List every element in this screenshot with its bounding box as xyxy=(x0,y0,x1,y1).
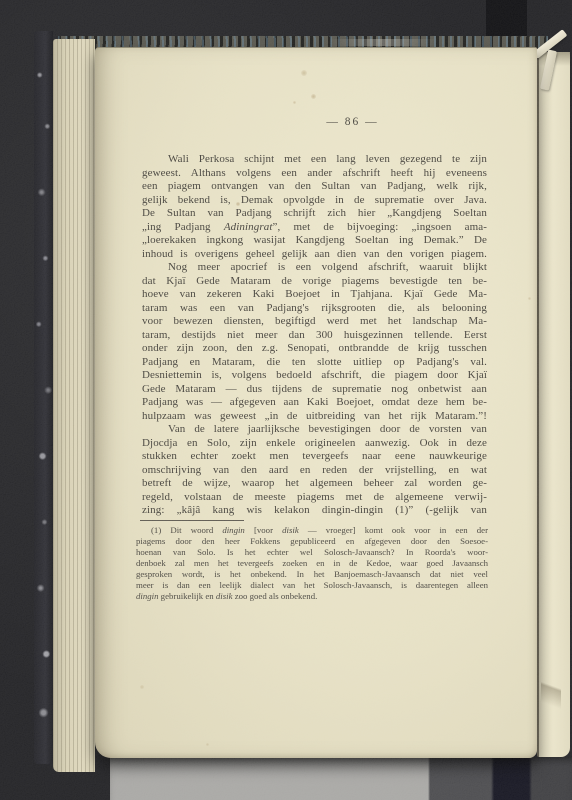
text-line: stukken echter zoekt men tevergeefs naar… xyxy=(142,450,487,464)
text-line: geweest. Althans volgens een ander afsch… xyxy=(142,167,487,181)
text-line: taram was een van Padjang's rijksgrooten… xyxy=(142,302,487,316)
text-line: onder zijn zoon, den z.g. Senopati, ontb… xyxy=(142,342,487,356)
footnote-line: meer is dan een leelijk dialect van het … xyxy=(136,580,488,591)
body-text: Wali Perkosa schijnt met een lang leven … xyxy=(142,153,487,518)
text-line: hoeve van zekeren Kaki Boejoet in Tjahja… xyxy=(142,288,487,302)
text-line: Nog meer apocrief is een volgend afschri… xyxy=(142,261,487,275)
page-number: — 86 — xyxy=(142,116,525,128)
text-line: gelijk bekend is, Demak opvolgde in de s… xyxy=(142,194,487,208)
text-line: Djocdja en Solo, zijn enkele origineelen… xyxy=(142,437,487,451)
text-line: hulpzaam was geweest „in de uitbreiding … xyxy=(142,410,487,424)
book-page: — 86 — Wali Perkosa schijnt met een lang… xyxy=(95,47,537,758)
footnote-line: (1) Dit woord dingin [voor disik — vroeg… xyxy=(136,525,488,536)
text-line: Van de latere jaarlijksche bevestigingen… xyxy=(142,423,487,437)
next-page-strip xyxy=(537,52,570,757)
footnote-line: hoenan van Solo. Is het echter wel Solos… xyxy=(136,547,488,558)
footnote-line: piagems door den heer Fokkens gepublicee… xyxy=(136,536,488,547)
text-line: Padjang was — afgegeven aan Kaki Boejoet… xyxy=(142,396,487,410)
text-line: taram, destijds niet meer dan 300 huisge… xyxy=(142,329,487,343)
text-line: De Sultan van Padjang schrijft zich hier… xyxy=(142,207,487,221)
background-notch xyxy=(486,0,527,37)
footnote-line: gesproken wordt, is het onbekend. In het… xyxy=(136,569,488,580)
scanner-mat-strip xyxy=(110,757,572,800)
text-line: zing: „kâjâ kang wis kelakon dingin-ding… xyxy=(142,504,487,518)
text-line: Padjang en Mataram, die ten slotte uitli… xyxy=(142,356,487,370)
text-line: „ing Padjang Adiningrat”, met de bijvoeg… xyxy=(142,221,487,235)
text-line: een piagem ontvangen van den Sultan van … xyxy=(142,180,487,194)
footnote-text: (1) Dit woord dingin [voor disik — vroeg… xyxy=(136,525,488,602)
text-line: voor bewezen diensten, begiftigd werd me… xyxy=(142,315,487,329)
footnote-line: denboek zal men het tevergeefs zoeken en… xyxy=(136,558,488,569)
scanned-book-photo: — 86 — Wali Perkosa schijnt met een lang… xyxy=(0,0,572,800)
text-line: omschrijving van den aard en reden der v… xyxy=(142,464,487,478)
text-line: Desniettemin is, volgens bedoeld afschri… xyxy=(142,369,487,383)
text-line: Gede Mataram — dus tijdens de suprematie… xyxy=(142,383,487,397)
page-fore-edge-stack xyxy=(53,39,95,772)
marbled-cover-board xyxy=(34,31,53,764)
text-line: „loerekaken ingkong wasijat Kangdjeng So… xyxy=(142,234,487,248)
footnote-separator-rule xyxy=(140,520,244,521)
text-line: dat Kjaï Gede Mataram de vorige piagems … xyxy=(142,275,487,289)
text-line: inhoud is overigens geheel gelijk aan di… xyxy=(142,248,487,262)
footnote-line: dingin gebruikelijk en disik zoo goed al… xyxy=(136,591,488,602)
text-line: betreft de wijze, waarop het algemeen be… xyxy=(142,477,487,491)
text-line: regeld, volstaan de meeste piagems met d… xyxy=(142,491,487,505)
text-line: Wali Perkosa schijnt met een lang leven … xyxy=(142,153,487,167)
